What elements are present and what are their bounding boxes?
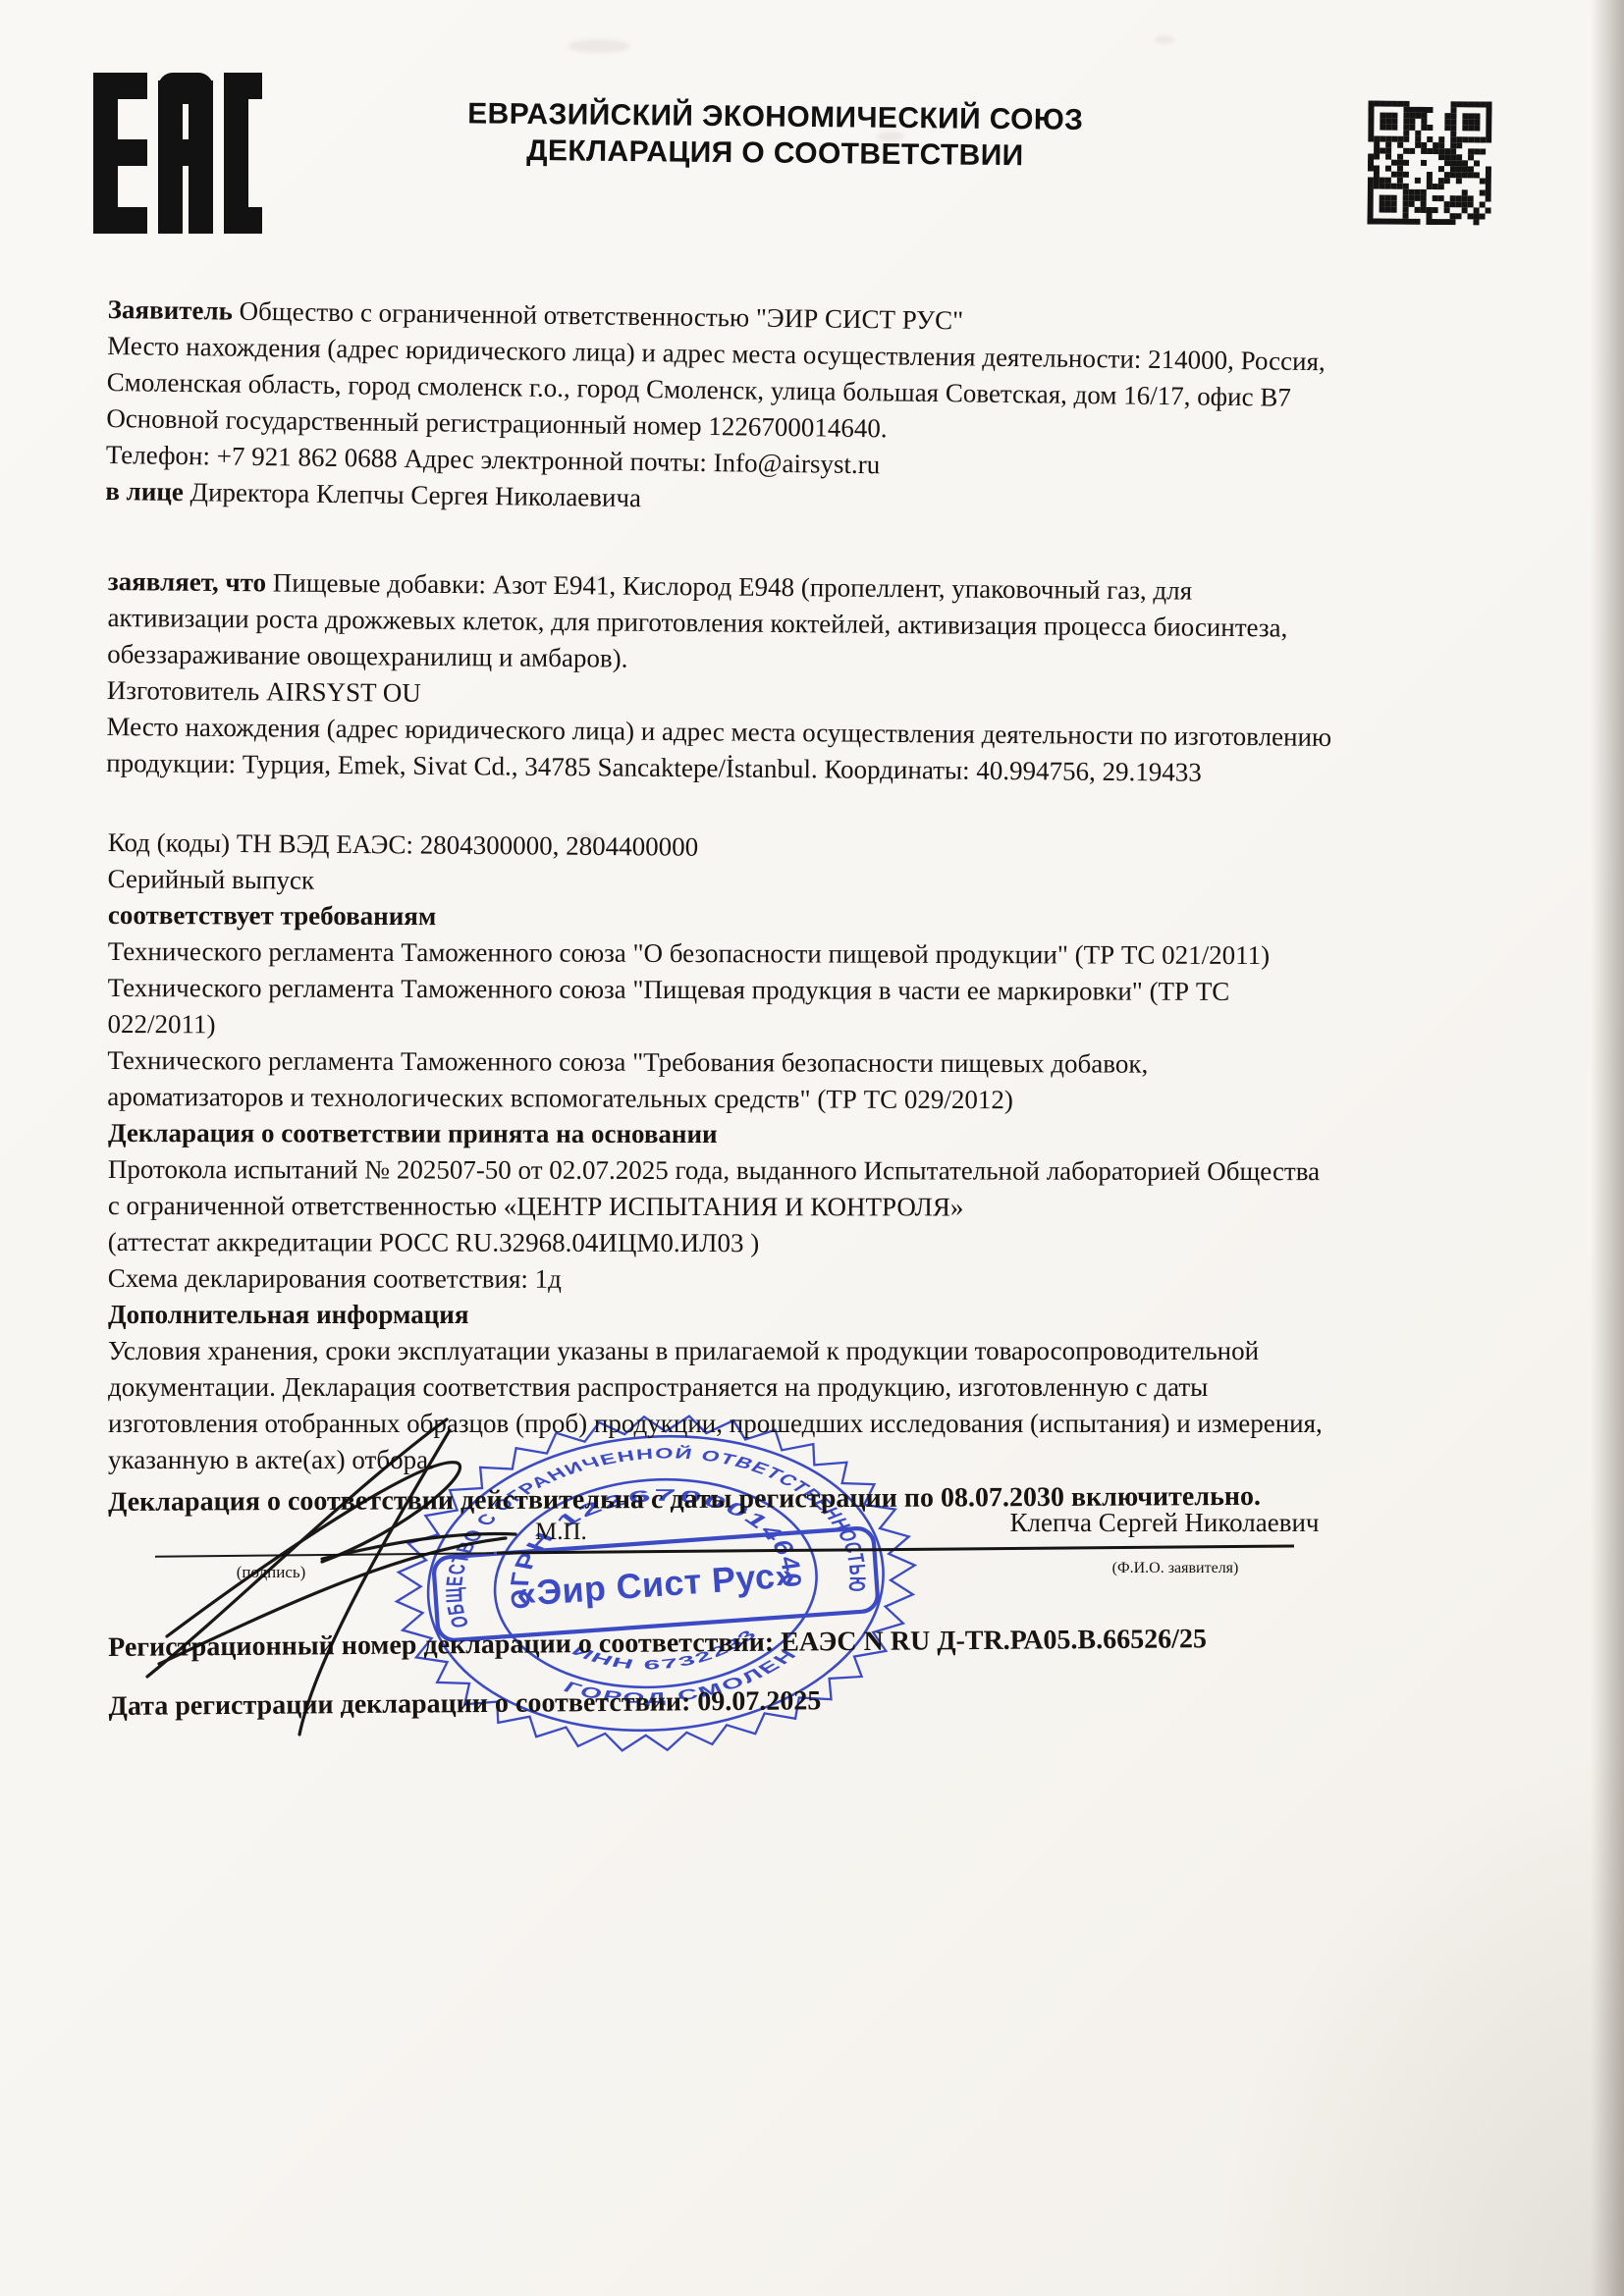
eac-mark-icon [93,71,262,236]
basis-line: с ограниченной ответственностью «ЦЕНТР И… [108,1188,1561,1227]
regulation-line: Технического регламента Таможенного союз… [107,1042,1560,1084]
additional-info-header: Дополнительная информация [108,1297,1561,1333]
additional-info-line: Условия хранения, сроки эксплуатации ука… [108,1333,1561,1369]
compliance-header: соответствует требованиям [108,897,1561,938]
scan-smudge [1155,35,1174,44]
compliance-section: соответствует требованиям Технического р… [107,897,1561,1120]
regulation-line: 022/2011) [107,1006,1560,1047]
codes-section: Код (коды) ТН ВЭД ЕАЭС: 2804300000, 2804… [107,825,1561,909]
regulation-line: ароматизаторов и технологических вспомог… [107,1079,1560,1120]
handwritten-signature [98,1369,727,1787]
product-description: Пищевые добавки: Азот Е941, Кислород Е94… [266,567,1192,605]
document-title: ЕВРАЗИЙСКИЙ ЭКОНОМИЧЕСКИЙ СОЮЗ ДЕКЛАРАЦИ… [343,94,1208,176]
signature-strokes-icon [98,1369,727,1782]
qr-code-pattern [1367,100,1491,225]
in-face-label: в лице [105,476,184,507]
applicant-section: Заявитель Общество с ограниченной ответс… [105,292,1561,528]
regulation-line: Технического регламента Таможенного союз… [108,934,1561,975]
product-section: заявляет, что Пищевые добавки: Азот Е941… [106,563,1561,794]
declaration-document-page: ЕВРАЗИЙСКИЙ ЭКОНОМИЧЕСКИЙ СОЮЗ ДЕКЛАРАЦИ… [0,0,1624,2296]
basis-line: Протокола испытаний № 202507-50 от 02.07… [108,1151,1561,1191]
declares-label: заявляет, что [108,566,267,597]
fio-caption: (Ф.И.О. заявителя) [1028,1559,1323,1578]
applicant-name: Общество с ограниченной ответственностью… [233,296,964,336]
basis-section: Декларация о соответствии принята на осн… [108,1115,1561,1300]
basis-line: (аттестат аккредитации РОСС RU.32968.04И… [108,1224,1561,1263]
qr-code-icon [1367,100,1491,230]
basis-header: Декларация о соответствии принята на осн… [108,1115,1561,1154]
scan-smudge [568,39,630,53]
basis-line: Схема декларирования соответствия: 1д [108,1260,1561,1300]
regulation-line: Технического регламента Таможенного союз… [108,970,1561,1011]
scan-corner-shade [1212,1746,1624,2296]
in-face-person: Директора Клепчы Сергея Николаевича [184,477,642,512]
applicant-fio: Клепча Сергей Николаевич [870,1508,1459,1538]
applicant-label: Заявитель [108,294,234,326]
eac-mark-logo [93,71,262,240]
